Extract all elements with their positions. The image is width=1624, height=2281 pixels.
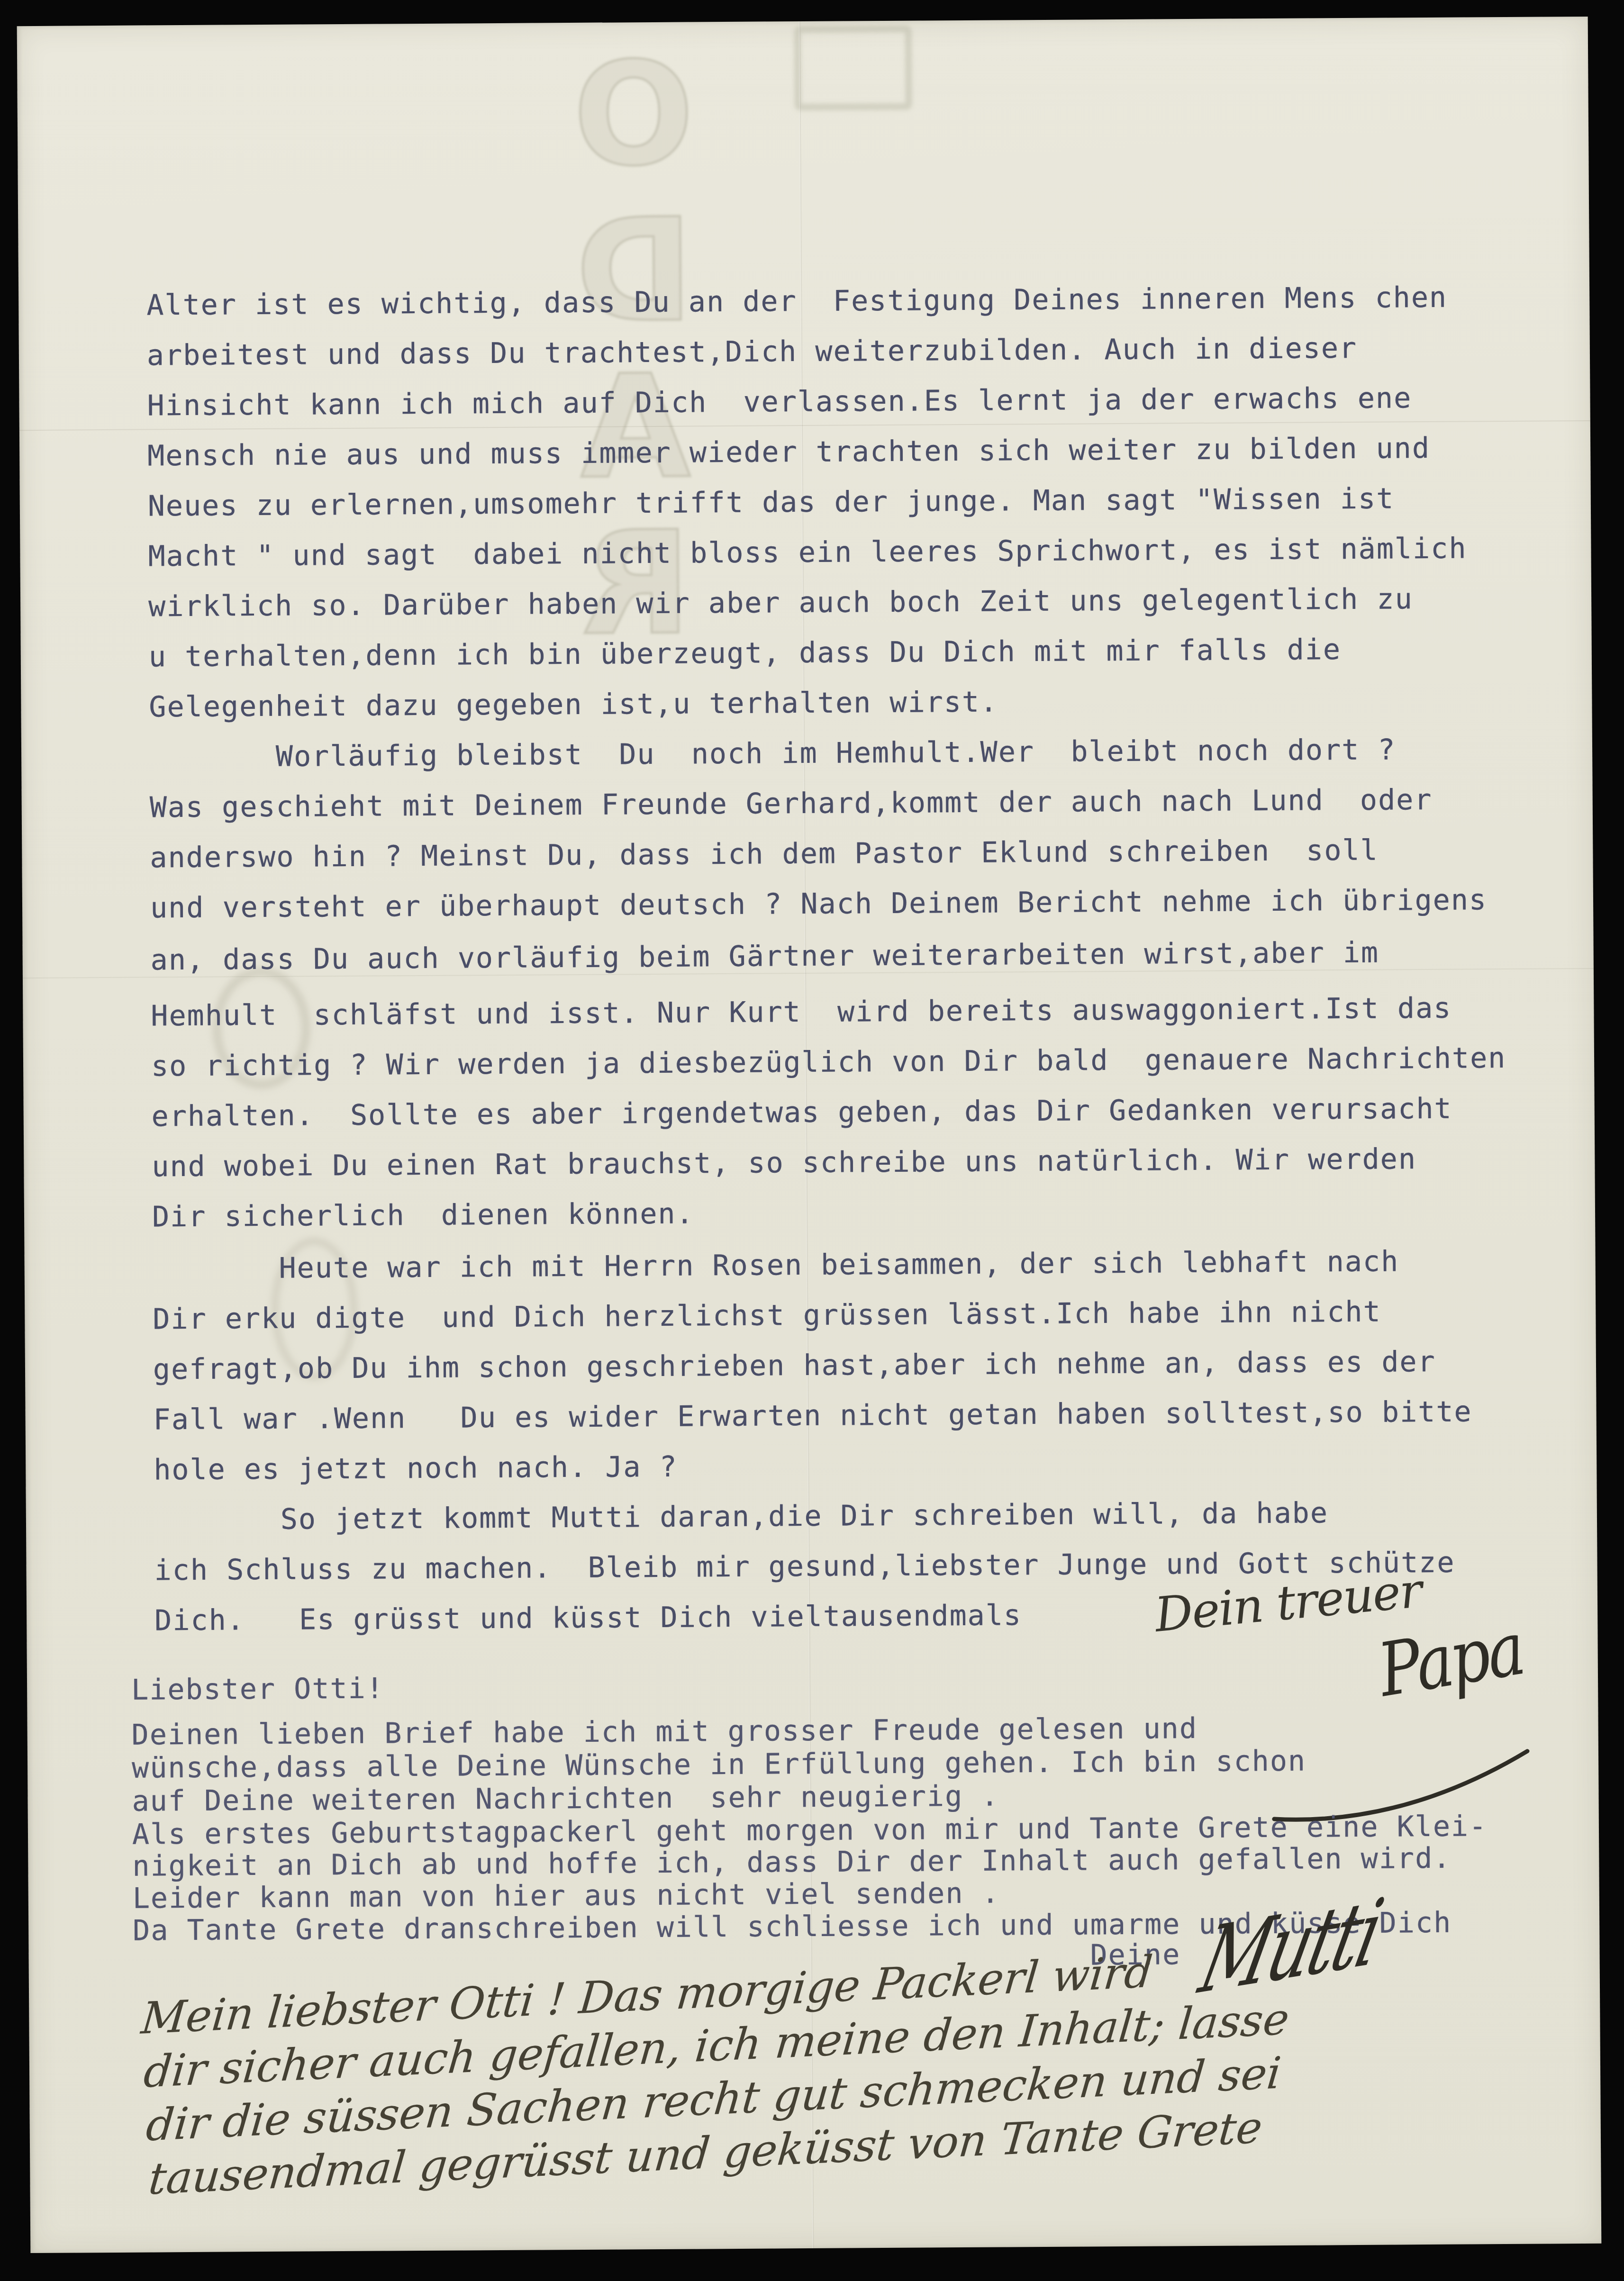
mutti-salutation: Liebster Otti! [131,1674,384,1704]
typed-line: erhalten. Sollte es aber irgendetwas geb… [152,1095,1452,1131]
typed-line: Gelegenheit dazu gegeben ist,u terhalten… [149,688,998,722]
typed-line: Dir sicherlich dienen können. [152,1199,694,1231]
typed-line: so richtig ? Wir werden ja diesbezüglich… [151,1044,1506,1080]
scan-background: O D A R Alter ist es wichtig, dass Du an… [0,0,1624,2281]
typed-line: gefragt,ob Du ihm schon geschrieben hast… [153,1348,1436,1384]
watermark-letter: O [534,36,734,194]
typed-line: Heute war ich mit Herrn Rosen beisammen,… [153,1247,1399,1283]
typed-line: Worläufig bleibst Du noch im Hemhult.Wer… [149,735,1396,771]
typed-line-mutti: nigkeit an Dich ab und hoffe ich, dass D… [132,1844,1451,1881]
typed-line: anderswo hin ? Meinst Du, dass ich dem P… [150,836,1379,872]
typed-line: Hinsicht kann ich mich auf Dich verlasse… [147,384,1412,420]
typed-line: hole es jetzt noch nach. Ja ? [154,1453,678,1484]
typed-line: und wobei Du einen Rat brauchst, so schr… [152,1145,1416,1181]
watermark-letter: D [535,192,735,350]
papa-signature: Papa [1372,1605,1528,1713]
typed-line-mutti: wünsche,dass alle Deine Wünsche in Erfül… [132,1747,1306,1783]
typed-line: u terhalten,denn ich bin überzeugt, dass… [149,635,1341,671]
typed-line: So jetzt kommt Mutti daran,die Dir schre… [154,1499,1328,1534]
typed-line: Macht " und sagt dabei nicht bloss ein l… [148,534,1467,570]
typed-line-mutti: Deinen lieben Brief habe ich mit grosser… [132,1714,1198,1749]
tante-grete-postscript: Mein liebster Otti ! Das morgige Packerl… [140,1939,1295,2206]
typed-line-mutti: Leider kann man von hier aus nicht viel … [133,1879,1000,1913]
watermark-letter: A [535,349,735,507]
typed-line-mutti: auf Deine weiteren Nachrichten sehr neug… [132,1782,999,1816]
bleedthrough-box-ghost [794,26,912,111]
typed-line: Alter ist es wichtig, dass Du an der Fes… [146,283,1447,320]
letter-page: O D A R Alter ist es wichtig, dass Du an… [17,17,1602,2253]
fold-crease-horizontal [19,420,1590,431]
typed-line: Dich. Es grüsst und küsst Dich vieltause… [154,1601,1022,1635]
typed-line: Hemhult schläfst und isst. Nur Kurt wird… [151,994,1452,1031]
typed-line: Was geschieht mit Deinem Freunde Gerhard… [150,786,1433,822]
typed-line: Fall war .Wenn Du es wider Erwarten nich… [153,1397,1472,1434]
typed-line: und versteht er überhaupt deutsch ? Nach… [150,886,1487,922]
typed-line: wirklich so. Darüber haben wir aber auch… [148,585,1413,621]
typed-line: Dir erku digte und Dich herzlichst grüss… [153,1298,1381,1334]
typed-line: arbeitest und dass Du trachtest,Dich wei… [147,334,1358,370]
typed-line: Neues zu erlernen,umsomehr trifft das de… [148,484,1395,520]
typed-line: an, dass Du auch vorläufig beim Gärtner … [151,939,1379,975]
typed-line: Mensch nie aus und muss immer wieder tra… [147,434,1430,471]
